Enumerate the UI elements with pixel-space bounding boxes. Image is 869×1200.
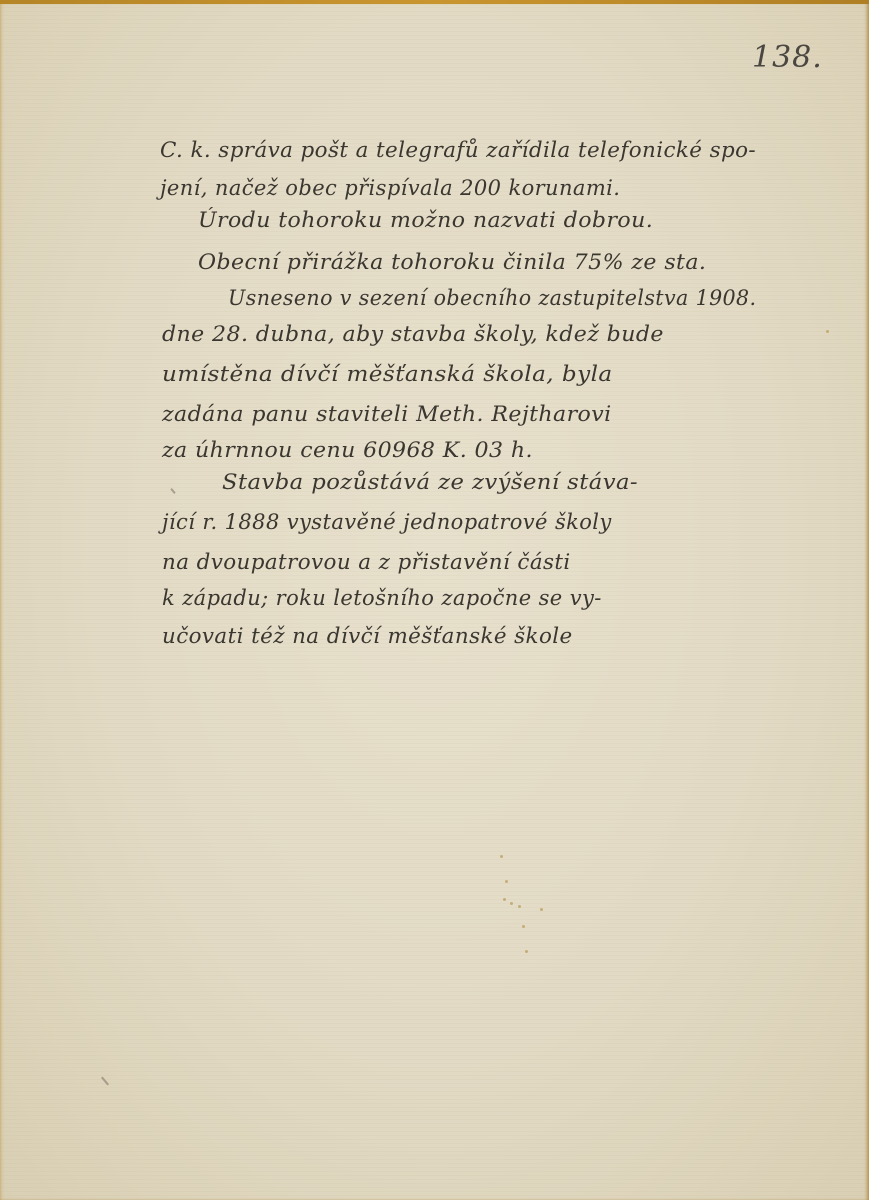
text-line-3: Úrodu tohoroku možno nazvati dobrou. [198,208,653,232]
text-line-12: na dvoupatrovou a z přistavění části [162,550,571,574]
text-line-5: Usneseno v sezení obecního zastupitelstv… [228,286,756,310]
text-line-13: k západu; roku letošního započne se vy- [162,586,602,610]
paper-spot [826,330,829,333]
paper-mark [101,1077,109,1086]
paper-spot [525,950,528,953]
text-line-2: jení, načež obec přispívala 200 korunami… [160,176,620,200]
text-line-6: dne 28. dubna, aby stavba školy, kdež bu… [162,322,664,346]
page-top-edge [0,0,869,4]
manuscript-page: 138. C. k. správa pošt a telegrafů zaříd… [0,0,869,1200]
paper-spot [510,902,513,905]
text-line-11: jící r. 1888 vystavěné jednopatrové škol… [162,510,612,534]
paper-spot [522,925,525,928]
paper-spot [540,908,543,911]
text-line-14: učovati též na dívčí měšťanské škole [162,624,573,648]
text-line-4: Obecní přirážka tohoroku činila 75% ze s… [198,250,706,274]
paper-spot [505,880,508,883]
paper-spot [500,855,503,858]
text-line-7: umístěna dívčí měšťanská škola, byla [162,362,613,386]
paper-spot [503,898,506,901]
text-line-8: zadána panu staviteli Meth. Rejtharovi [162,402,612,426]
text-line-1: C. k. správa pošt a telegrafů zařídila t… [160,138,756,162]
text-line-10: Stavba pozůstává ze zvýšení stáva- [222,470,638,494]
text-line-9: za úhrnnou cenu 60968 K. 03 h. [162,438,533,462]
paper-mark [170,488,175,494]
page-number: 138. [752,40,823,75]
paper-spot [518,905,521,908]
